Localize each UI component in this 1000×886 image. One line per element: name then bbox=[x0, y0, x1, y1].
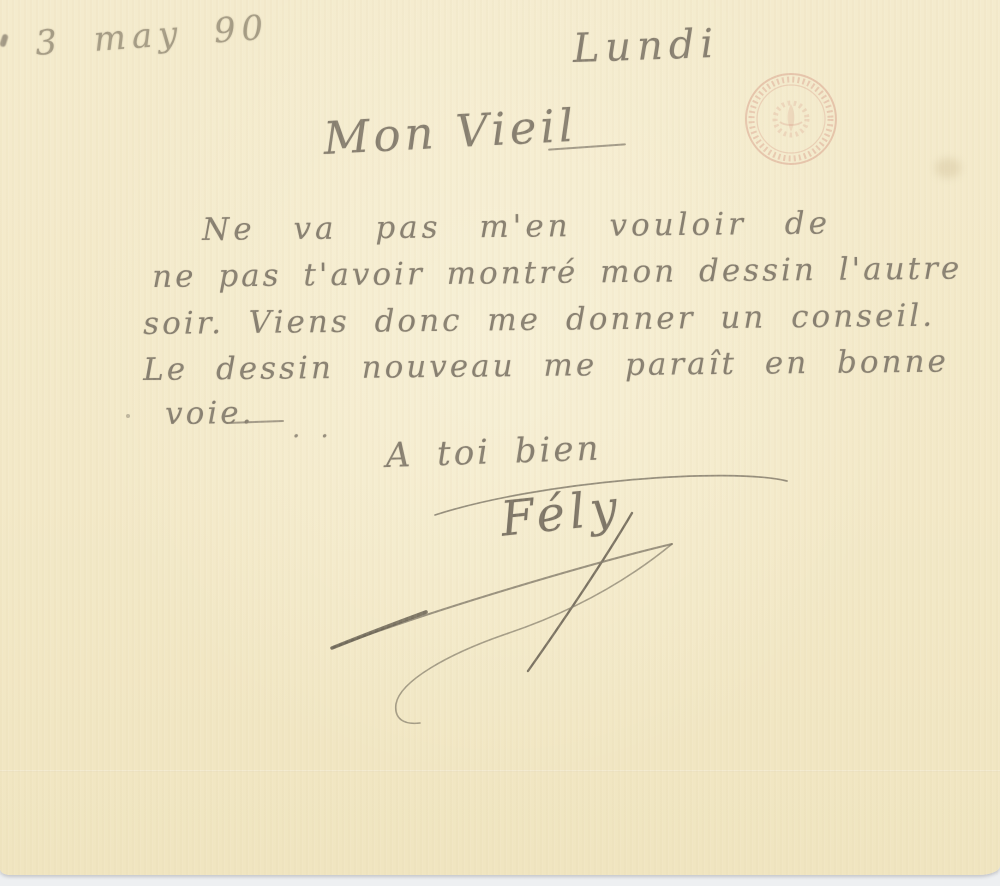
paper-stain bbox=[935, 158, 961, 178]
body-line: Le dessin nouveau me paraît en bonne bbox=[143, 344, 949, 388]
signature-flourish bbox=[300, 455, 800, 745]
trailing-dots: . . bbox=[292, 414, 335, 444]
paper-crease bbox=[0, 770, 1000, 772]
body-line: ne pas t'avoir montré mon dessin l'autre bbox=[152, 251, 962, 295]
paper-speck bbox=[0, 33, 9, 47]
body-line: Ne va pas m'en vouloir de bbox=[202, 205, 831, 248]
round-red-ink-stamp-icon bbox=[742, 70, 840, 168]
dateline: Lundi bbox=[572, 21, 720, 72]
ink-dot bbox=[126, 414, 130, 418]
salutation: Mon Vieil bbox=[322, 99, 578, 165]
body-line: voie. bbox=[165, 395, 255, 432]
letter-sheet: 3 may 90 Lundi Mon Vieil Ne va pas m'en … bbox=[0, 0, 1000, 875]
pencil-date-annotation: 3 may 90 bbox=[34, 8, 270, 64]
body-line: soir. Viens donc me donner un conseil. bbox=[143, 298, 935, 342]
